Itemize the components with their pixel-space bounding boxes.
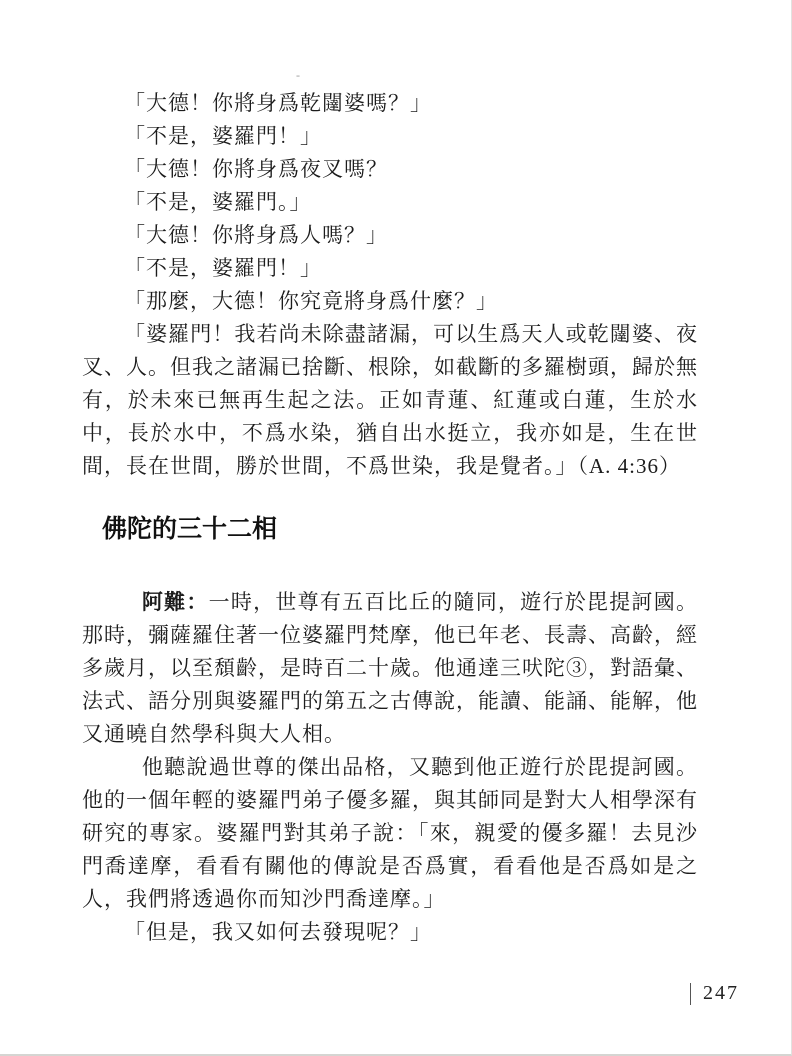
page-number: 247 — [690, 982, 739, 1005]
dialogue-line: 「但是，我又如何去發現呢？」 — [82, 916, 698, 949]
dialogue-line: 「不是，婆羅門！」 — [82, 120, 698, 153]
page-text-block: 「大德！你將身爲乾闥婆嗎？」 「不是，婆羅門！」 「大德！你將身爲夜叉嗎？ 「不… — [82, 87, 698, 949]
dialogue-line: 「大德！你將身爲人嗎？」 — [82, 219, 698, 252]
speaker-label: 阿難： — [142, 590, 209, 614]
dialogue-line: 「大德！你將身爲乾闥婆嗎？」 — [82, 87, 698, 120]
narrative-paragraph: 他聽說過世尊的傑出品格，又聽到他正遊行於毘提訶國。他的一個年輕的婆羅門弟子優多羅… — [82, 751, 698, 916]
stray-scan-mark: - — [296, 68, 300, 83]
narrative-paragraph-ananda: 阿難：一時，世尊有五百比丘的隨同，遊行於毘提訶國。那時，彌薩羅住著一位婆羅門梵摩… — [82, 586, 698, 751]
page-number-value: 247 — [703, 982, 739, 1005]
dialogue-line: 「不是，婆羅門！」 — [82, 252, 698, 285]
buddha-reply-paragraph: 「婆羅門！我若尚未除盡諸漏，可以生爲天人或乾闥婆、夜叉、人。但我之諸漏已捨斷、根… — [82, 318, 698, 483]
book-page: - 「大德！你將身爲乾闥婆嗎？」 「不是，婆羅門！」 「大德！你將身爲夜叉嗎？ … — [0, 0, 792, 1056]
dialogue-line: 「大德！你將身爲夜叉嗎？ — [82, 153, 698, 186]
dialogue-line: 「不是，婆羅門。」 — [82, 186, 698, 219]
section-heading: 佛陀的三十二相 — [102, 512, 698, 548]
page-number-divider — [690, 983, 691, 1005]
dialogue-line: 「那麼，大德！你究竟將身爲什麼？」 — [82, 285, 698, 318]
